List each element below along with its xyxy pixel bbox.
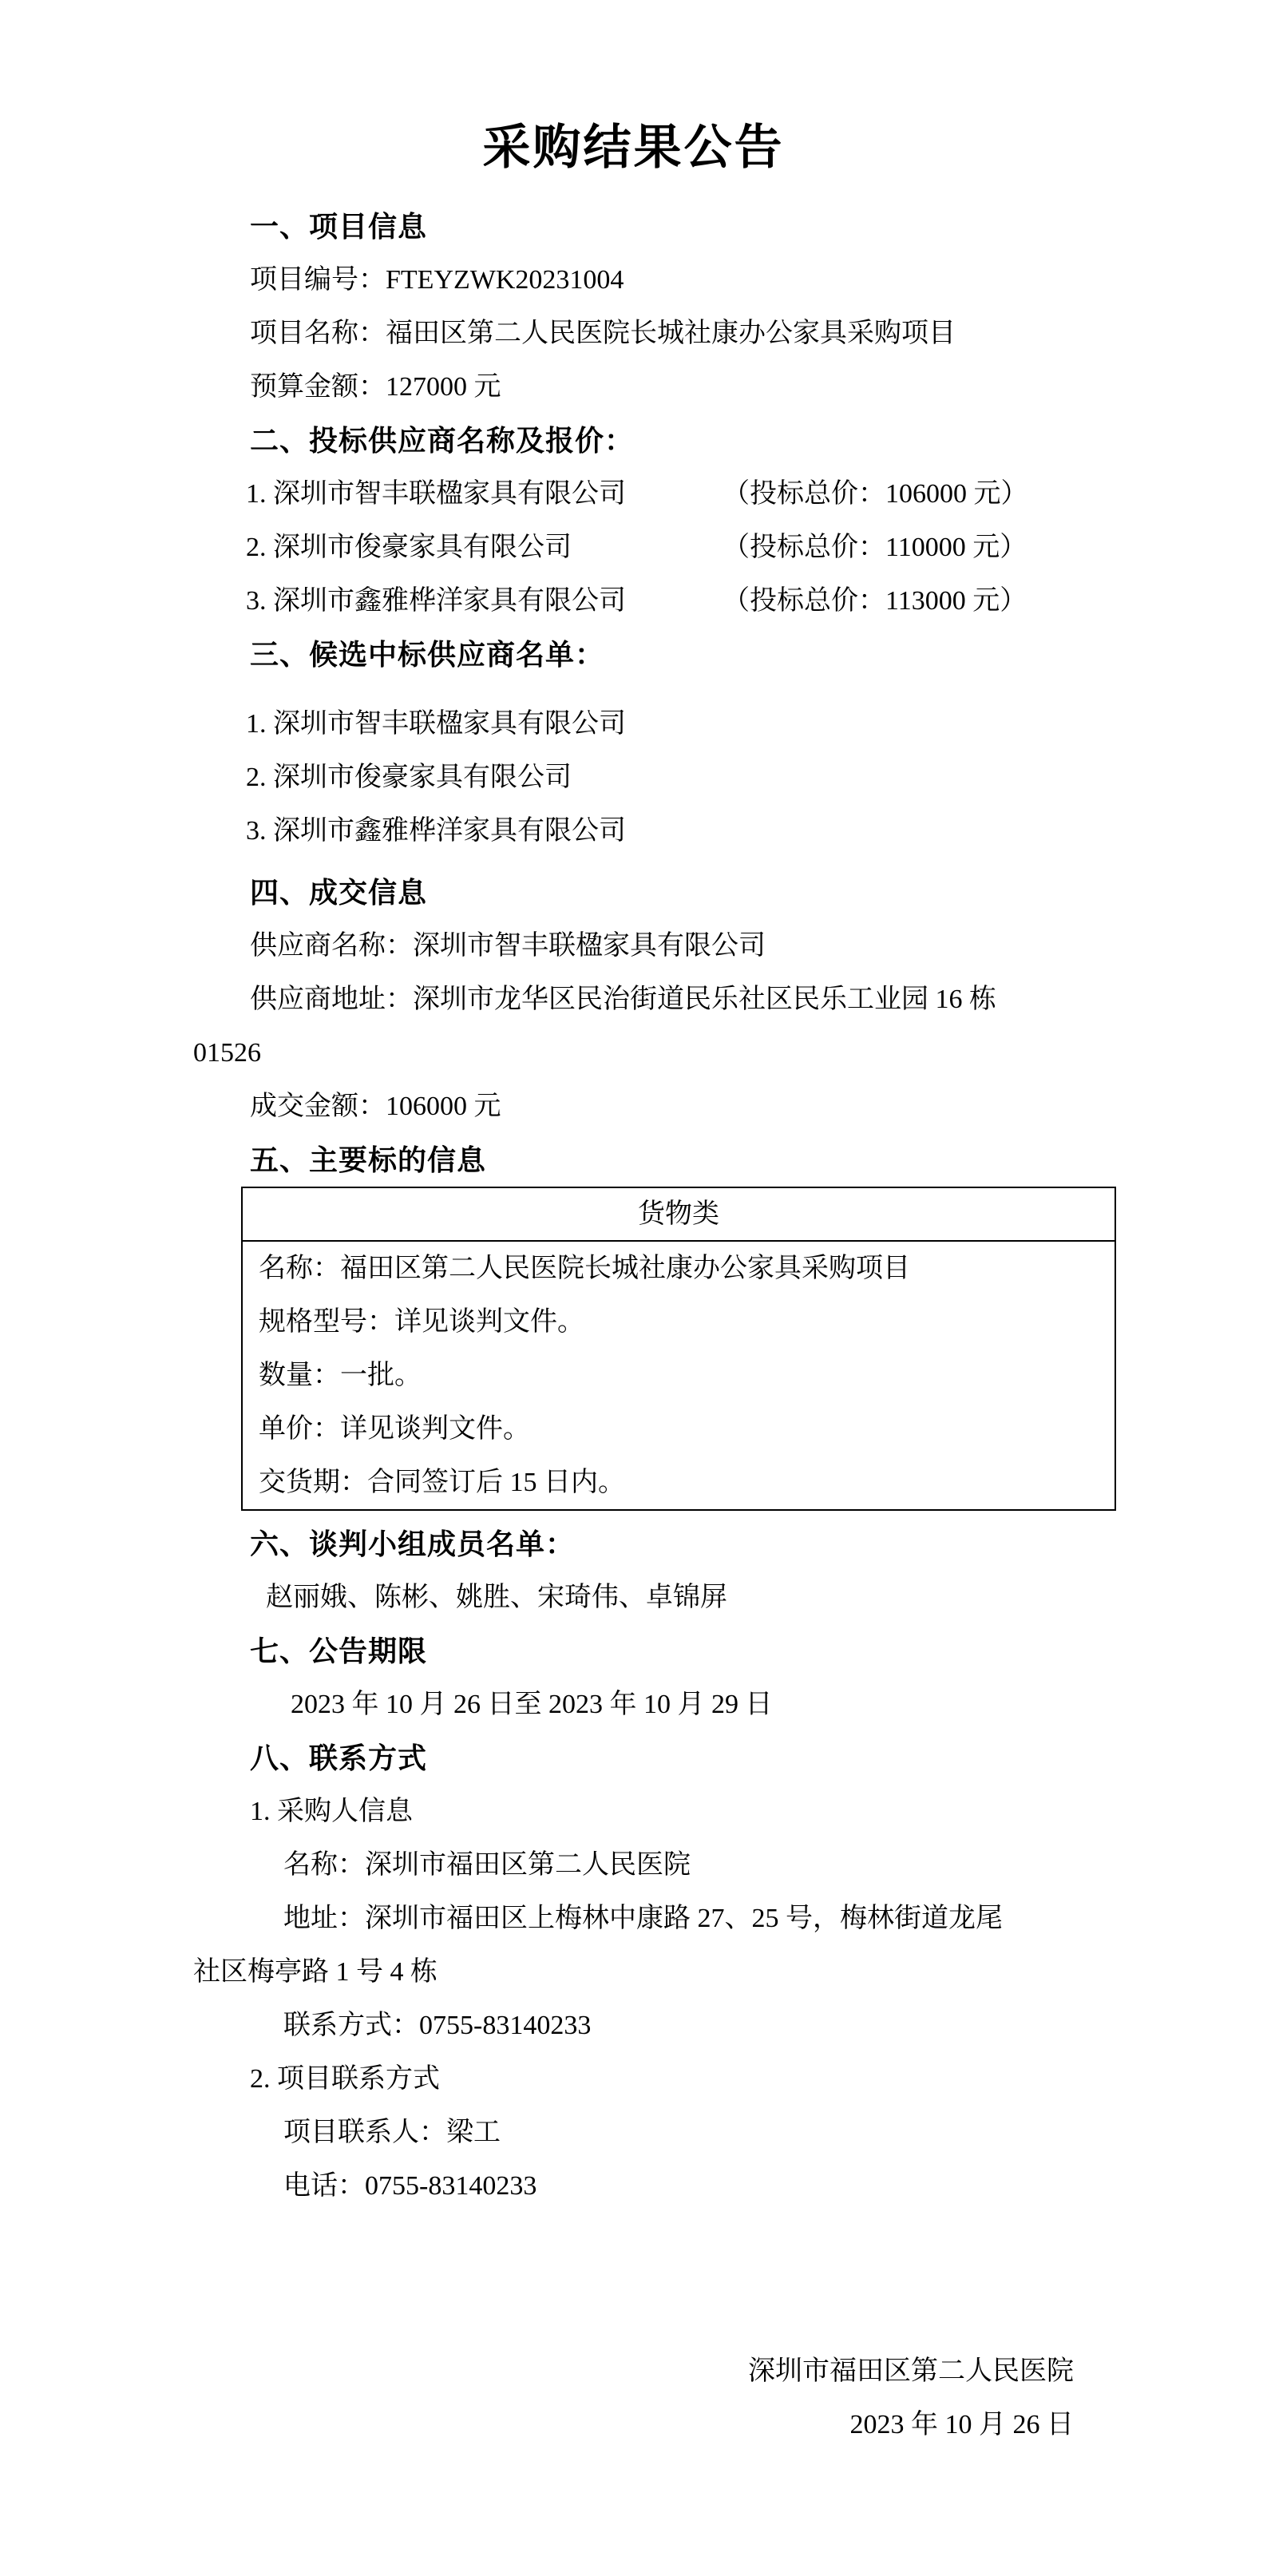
goods-table: 货物类 名称：福田区第二人民医院长城社康办公家具采购项目 规格型号：详见谈判文件… <box>241 1187 1116 1511</box>
bidder-name: 2. 深圳市俊豪家具有限公司 <box>246 521 723 574</box>
budget-line: 预算金额：127000 元 <box>250 360 1074 414</box>
section-6-heading: 六、谈判小组成员名单： <box>250 1517 1074 1571</box>
section-1-heading: 一、项目信息 <box>250 200 1074 253</box>
spacer <box>193 858 1074 866</box>
bidder-row: 3. 深圳市鑫雅桦洋家具有限公司（投标总价：113000 元） <box>246 574 1074 628</box>
purchaser-contact-line: 联系方式：0755-83140233 <box>283 1999 1074 2052</box>
signature-date: 2023 年 10 月 26 日 <box>193 2398 1074 2451</box>
goods-table-row-delivery: 交货期：合同签订后 15 日内。 <box>243 1456 1115 1509</box>
bidder-name: 3. 深圳市鑫雅桦洋家具有限公司 <box>246 574 723 628</box>
goods-table-row-quantity: 数量：一批。 <box>243 1349 1115 1402</box>
bidder-price: （投标总价：110000 元） <box>723 533 1027 562</box>
bidder-name: 1. 深圳市智丰联楹家具有限公司 <box>246 467 723 521</box>
goods-table-row-unit-price: 单价：详见谈判文件。 <box>243 1402 1115 1456</box>
spacer <box>193 1511 1074 1517</box>
project-number-line: 项目编号：FTEYZWK20231004 <box>250 253 1074 307</box>
bidder-row: 2. 深圳市俊豪家具有限公司（投标总价：110000 元） <box>246 521 1074 574</box>
project-name-line: 项目名称：福田区第二人民医院长城社康办公家具采购项目 <box>250 307 1074 360</box>
bidder-price: （投标总价：106000 元） <box>723 479 1028 509</box>
bidder-row: 1. 深圳市智丰联楹家具有限公司（投标总价：106000 元） <box>246 467 1074 521</box>
page-title: 采购结果公告 <box>193 112 1074 184</box>
candidate-row: 1. 深圳市智丰联楹家具有限公司 <box>246 697 1074 751</box>
deal-amount-line: 成交金额：106000 元 <box>250 1080 1074 1133</box>
spacer <box>193 2213 1074 2344</box>
goods-table-header: 货物类 <box>243 1188 1115 1242</box>
candidate-row: 2. 深圳市俊豪家具有限公司 <box>246 751 1074 804</box>
section-2-heading: 二、投标供应商名称及报价： <box>250 414 1074 467</box>
supplier-address-wrap-line: 01526 <box>193 1026 1074 1080</box>
bidder-price: （投标总价：113000 元） <box>723 586 1027 616</box>
project-contact-person-line: 项目联系人：梁工 <box>283 2106 1074 2159</box>
announcement-page: 采购结果公告 一、项目信息 项目编号：FTEYZWK20231004 项目名称：… <box>0 0 1267 2576</box>
section-8-heading: 八、联系方式 <box>250 1731 1074 1785</box>
goods-table-row-spec: 规格型号：详见谈判文件。 <box>243 1295 1115 1349</box>
section-5-heading: 五、主要标的信息 <box>250 1133 1074 1187</box>
purchaser-info-label: 1. 采购人信息 <box>250 1785 1074 1838</box>
section-3-heading: 三、候选中标供应商名单： <box>250 628 1074 681</box>
supplier-address-line: 供应商地址：深圳市龙华区民治街道民乐社区民乐工业园 16 栋 <box>250 973 1074 1026</box>
purchaser-address-wrap-line: 社区梅亭路 1 号 4 栋 <box>193 1945 1074 1999</box>
purchaser-name-line: 名称：深圳市福田区第二人民医院 <box>283 1838 1074 1892</box>
project-contact-label: 2. 项目联系方式 <box>250 2052 1074 2106</box>
announcement-period-line: 2023 年 10 月 26 日至 2023 年 10 月 29 日 <box>291 1678 1074 1731</box>
candidate-row: 3. 深圳市鑫雅桦洋家具有限公司 <box>246 804 1074 858</box>
purchaser-address-line: 地址：深圳市福田区上梅林中康路 27、25 号，梅林街道龙尾 <box>283 1892 1074 1945</box>
section-7-heading: 七、公告期限 <box>250 1624 1074 1678</box>
supplier-name-line: 供应商名称：深圳市智丰联楹家具有限公司 <box>250 919 1074 973</box>
negotiation-team-members: 赵丽娥、陈彬、姚胜、宋琦伟、卓锦屏 <box>266 1571 1074 1624</box>
spacer <box>193 184 1074 200</box>
goods-table-row-name: 名称：福田区第二人民医院长城社康办公家具采购项目 <box>243 1242 1115 1295</box>
signature-org: 深圳市福田区第二人民医院 <box>193 2344 1074 2398</box>
spacer <box>193 681 1074 697</box>
section-4-heading: 四、成交信息 <box>250 866 1074 919</box>
project-phone-line: 电话：0755-83140233 <box>283 2159 1074 2213</box>
